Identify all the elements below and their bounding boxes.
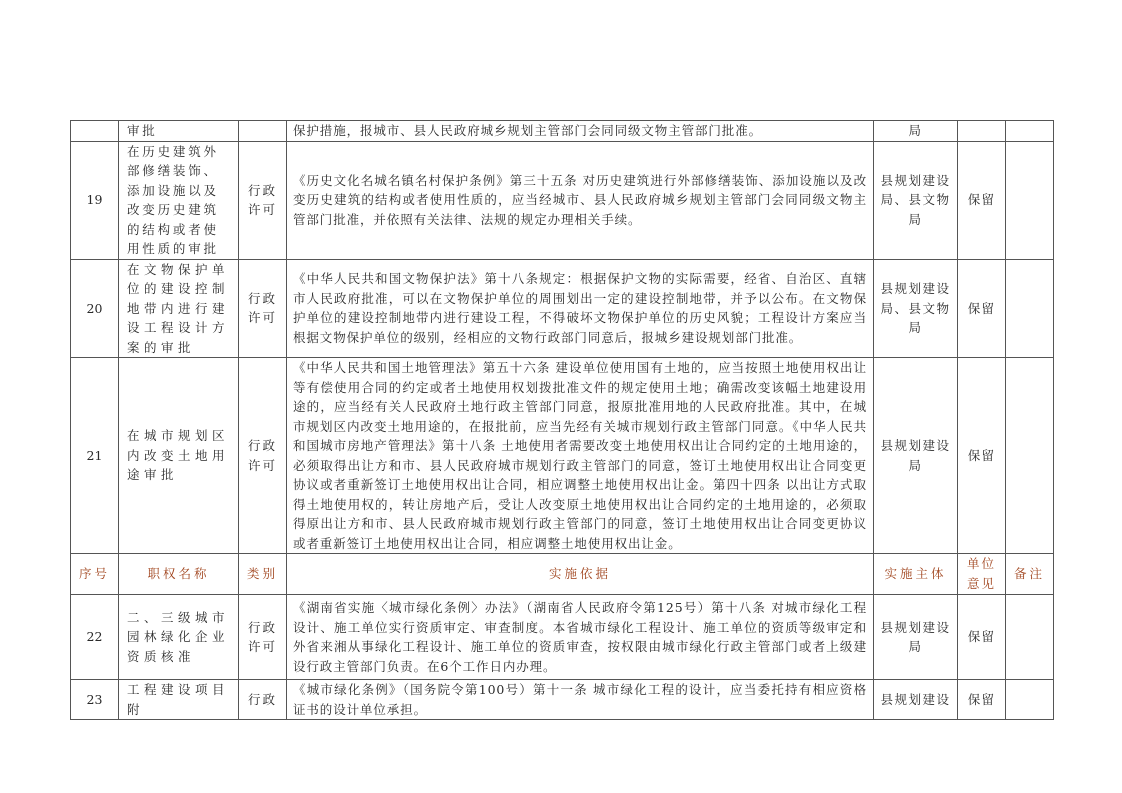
cell-type: 行政许可: [239, 595, 287, 680]
cell-basis: 《中华人民共和国文物保护法》第十八条规定：根据保护文物的实际需要，经省、自治区、…: [287, 259, 874, 358]
cell-type: 行政许可: [239, 358, 287, 554]
cell-type: [239, 121, 287, 142]
header-name: 职权名称: [119, 554, 239, 595]
cell-note: [1006, 121, 1054, 142]
cell-name: 在文物保护单位的建设控制地带内进行建设工程设计方案的审批: [119, 259, 239, 358]
cell-subject: 县规划建设局、县文物局: [874, 259, 958, 358]
document-page: 审批 保护措施，报城市、县人民政府城乡规划主管部门会同同级文物主管部门批准。 局…: [70, 120, 1054, 720]
cell-basis: 《湖南省实施〈城市绿化条例〉办法》（湖南省人民政府令第125号）第十八条 对城市…: [287, 595, 874, 680]
header-note: 备注: [1006, 554, 1054, 595]
cell-opinion: 保留: [958, 595, 1006, 680]
table-row-21: 21 在城市规划区内改变土地用途审批 行政许可 《中华人民共和国土地管理法》第五…: [71, 358, 1054, 554]
cell-basis: 《历史文化名城名镇名村保护条例》第三十五条 对历史建筑进行外部修缮装饰、添加设施…: [287, 141, 874, 259]
cell-subject: 县规划建设局、县文物局: [874, 141, 958, 259]
cell-basis: 保护措施，报城市、县人民政府城乡规划主管部门会同同级文物主管部门批准。: [287, 121, 874, 142]
cell-no: 21: [71, 358, 119, 554]
table-row-19: 19 在历史建筑外部修缮装饰、添加设施以及改变历史建筑的结构或者使用性质的审批 …: [71, 141, 1054, 259]
cell-basis: 《城市绿化条例》（国务院令第100号）第十一条 城市绿化工程的设计，应当委托持有…: [287, 680, 874, 720]
header-no: 序号: [71, 554, 119, 595]
cell-name: 在历史建筑外部修缮装饰、添加设施以及改变历史建筑的结构或者使用性质的审批: [119, 141, 239, 259]
cell-note: [1006, 595, 1054, 680]
cell-no: 23: [71, 680, 119, 720]
cell-opinion: 保留: [958, 141, 1006, 259]
cell-subject: 县规划建设: [874, 680, 958, 720]
cell-note: [1006, 141, 1054, 259]
cell-opinion: 保留: [958, 259, 1006, 358]
cell-subject: 县规划建设局: [874, 358, 958, 554]
header-type: 类别: [239, 554, 287, 595]
cell-opinion: 保留: [958, 358, 1006, 554]
table-header-row: 序号 职权名称 类别 实施依据 实施主体 单位意见 备注: [71, 554, 1054, 595]
cell-name: 在城市规划区内改变土地用途审批: [119, 358, 239, 554]
header-subject: 实施主体: [874, 554, 958, 595]
cell-note: [1006, 259, 1054, 358]
header-basis: 实施依据: [287, 554, 874, 595]
cell-no: [71, 121, 119, 142]
cell-name: 审批: [119, 121, 239, 142]
cell-name: 二、三级城市园林绿化企业资质核准: [119, 595, 239, 680]
table-row-continuation: 审批 保护措施，报城市、县人民政府城乡规划主管部门会同同级文物主管部门批准。 局: [71, 121, 1054, 142]
cell-subject: 局: [874, 121, 958, 142]
cell-type: 行政许可: [239, 259, 287, 358]
cell-subject: 县规划建设局: [874, 595, 958, 680]
authority-table: 审批 保护措施，报城市、县人民政府城乡规划主管部门会同同级文物主管部门批准。 局…: [70, 120, 1054, 720]
cell-no: 22: [71, 595, 119, 680]
cell-no: 19: [71, 141, 119, 259]
table-row-20: 20 在文物保护单位的建设控制地带内进行建设工程设计方案的审批 行政许可 《中华…: [71, 259, 1054, 358]
table-row-23: 23 工程建设项目附 行政 《城市绿化条例》（国务院令第100号）第十一条 城市…: [71, 680, 1054, 720]
cell-name: 工程建设项目附: [119, 680, 239, 720]
cell-type: 行政许可: [239, 141, 287, 259]
header-opinion: 单位意见: [958, 554, 1006, 595]
cell-type: 行政: [239, 680, 287, 720]
cell-basis: 《中华人民共和国土地管理法》第五十六条 建设单位使用国有土地的，应当按照土地使用…: [287, 358, 874, 554]
cell-note: [1006, 680, 1054, 720]
cell-no: 20: [71, 259, 119, 358]
cell-opinion: 保留: [958, 680, 1006, 720]
cell-note: [1006, 358, 1054, 554]
cell-opinion: [958, 121, 1006, 142]
table-row-22: 22 二、三级城市园林绿化企业资质核准 行政许可 《湖南省实施〈城市绿化条例〉办…: [71, 595, 1054, 680]
